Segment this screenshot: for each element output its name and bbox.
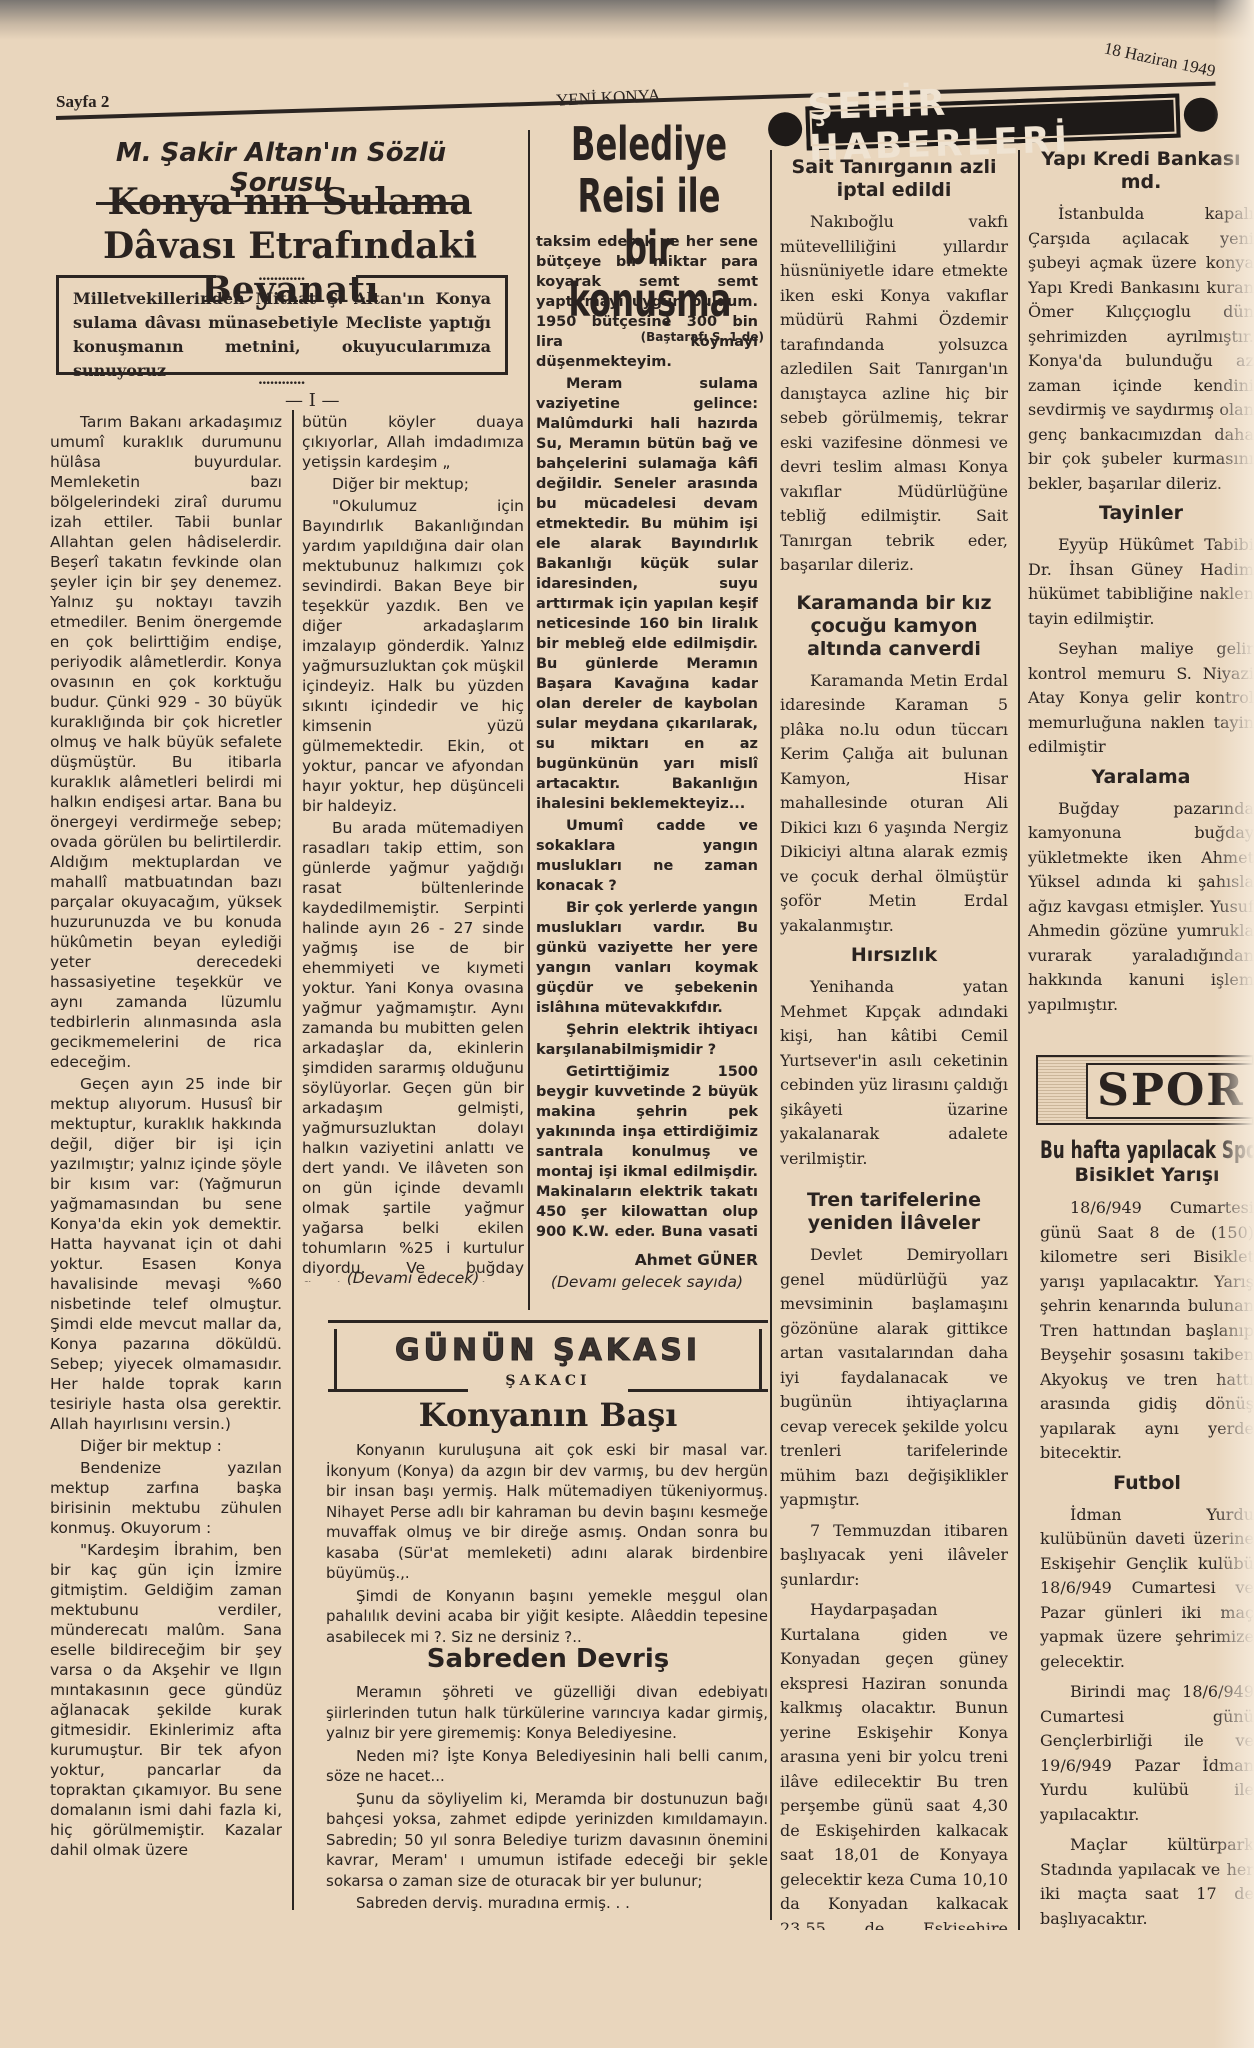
joke-body-1: Konyanın kuruluşuna ait çok eski bir mas… — [326, 1440, 768, 1649]
paragraph: Haydarpaşadan Kurtalana giden ve Konyada… — [780, 1598, 1008, 1930]
paragraph: Şimdi de Konyanın başını yemekle meşgul … — [326, 1586, 768, 1648]
news-heading: Hırsızlık — [780, 944, 1008, 967]
gunun-sakasi-box: GÜNÜN ŞAKASI ŞAKACI — [328, 1320, 768, 1390]
gunun-sakasi-title: GÜNÜN ŞAKASI — [328, 1333, 768, 1368]
column-rule — [528, 130, 530, 1310]
paragraph: Bendenize yazılan mektup zarfına başka b… — [50, 1458, 282, 1538]
paragraph: Tarım Bakanı arkadaşımız umumî kuraklık … — [50, 412, 282, 1072]
column-rule — [1018, 150, 1020, 1930]
paragraph: Devlet Demiryolları genel müdürlüğü yaz … — [780, 1243, 1008, 1513]
paragraph: Neden mi? İşte Konya Belediyesinin hali … — [326, 1746, 768, 1787]
paragraph: Şunu da söyliyelim ki, Meramda bir dostu… — [326, 1789, 768, 1892]
news-heading: Tren tarifelerine yeniden İlâveler — [780, 1189, 1008, 1235]
author: Ahmet GÜNER — [536, 1250, 758, 1270]
paragraph: Karamanda Metin Erdal idaresinde Karaman… — [780, 669, 1008, 939]
column-rule — [292, 410, 294, 1910]
paragraph: Meram sulama vaziyetine gelince: Malûmdu… — [536, 374, 758, 814]
article-deck: Milletvekillerinden Mithat Ş. Altan'ın K… — [56, 275, 508, 375]
paragraph: Umumî cadde ve sokaklara yangın muslukla… — [536, 816, 758, 896]
paragraph: taksim ederek ve her sene bütçeye bir mi… — [536, 232, 758, 372]
paragraph: "Kardeşim İbrahim, ben bir kaç gün için … — [50, 1540, 282, 1860]
paragraph: Yenihanda yatan Mehmet Kıpçak adındaki k… — [780, 975, 1008, 1171]
joke-headline-1: Konyanın Başı — [328, 1396, 768, 1434]
spor-headline: Bu hafta yapılacak Sporlar — [1040, 1136, 1190, 1164]
paragraph: Geçen ayın 25 inde bir mektup alıyorum. … — [50, 1074, 282, 1434]
paragraph: Meramın şöhreti ve güzelliği divan edebi… — [326, 1682, 768, 1744]
paragraph: Konyanın kuruluşuna ait çok eski bir mas… — [326, 1440, 768, 1584]
news-heading: Karamanda bir kız çocuğu kamyon altında … — [780, 592, 1008, 661]
belediye-body: taksim ederek ve her sene bütçeye bir mi… — [536, 232, 758, 1242]
news-heading: Sait Tanırganın azli iptal edildi — [780, 156, 1008, 202]
column-rule — [770, 150, 772, 1920]
page-edge-shadow — [1214, 0, 1254, 2048]
left-article-col2: bütün köyler duaya çıkıyorlar, Allah imd… — [302, 412, 524, 1282]
page-number: Sayfa 2 — [56, 92, 109, 112]
paragraph: Diğer bir mektup; — [302, 474, 524, 494]
newspaper-page: Sayfa 2 YENİ KONYA 18 Haziran 1949 M. Şa… — [0, 0, 1254, 2048]
joke-headline-2: Sabreden Devriş — [328, 1644, 768, 1674]
paragraph: Şehrin elektrik ihtiyacı karşılanabilmiş… — [536, 1020, 758, 1060]
paragraph: bütün köyler duaya çıkıyorlar, Allah imd… — [302, 412, 524, 472]
joke-body-2: Meramın şöhreti ve güzelliği divan edebi… — [326, 1682, 768, 1916]
gunun-sakasi-byline: ŞAKACI — [328, 1373, 768, 1389]
paragraph: Getirttiğimiz 1500 beygir kuvvetinde 2 b… — [536, 1062, 758, 1242]
box-rule — [328, 1389, 468, 1392]
separator-dots-2: ............ — [258, 372, 305, 388]
banner-dot-icon — [768, 112, 803, 147]
paragraph: Diğer bir mektup : — [50, 1436, 282, 1456]
continued-note: (Devamı edecek) — [302, 1268, 524, 1288]
paragraph: Bu arada mütemadiyen rasadları takip ett… — [302, 818, 524, 1282]
sehir-col1: Sait Tanırganın azli iptal edildi Nakıbo… — [780, 150, 1008, 1930]
paragraph: Bir çok yerlerde yangın muslukları vardı… — [536, 898, 758, 1018]
box-rule — [628, 1389, 768, 1392]
section-marker: — I — — [285, 390, 340, 411]
paragraph: Nakıboğlu vakfı mütevelliliğini yıllardı… — [780, 210, 1008, 578]
continued-note: (Devamı gelecek sayıda) — [536, 1272, 758, 1292]
left-article-col1: Tarım Bakanı arkadaşımız umumî kuraklık … — [50, 412, 282, 1912]
paragraph: Sabreden derviş. muradına ermiş. . . — [326, 1893, 768, 1914]
paragraph: 7 Temmuzdan itibaren başlıyacak yeni ilâ… — [780, 1519, 1008, 1593]
paragraph: "Okulumuz için Bayındırlık Bakanlığından… — [302, 496, 524, 816]
